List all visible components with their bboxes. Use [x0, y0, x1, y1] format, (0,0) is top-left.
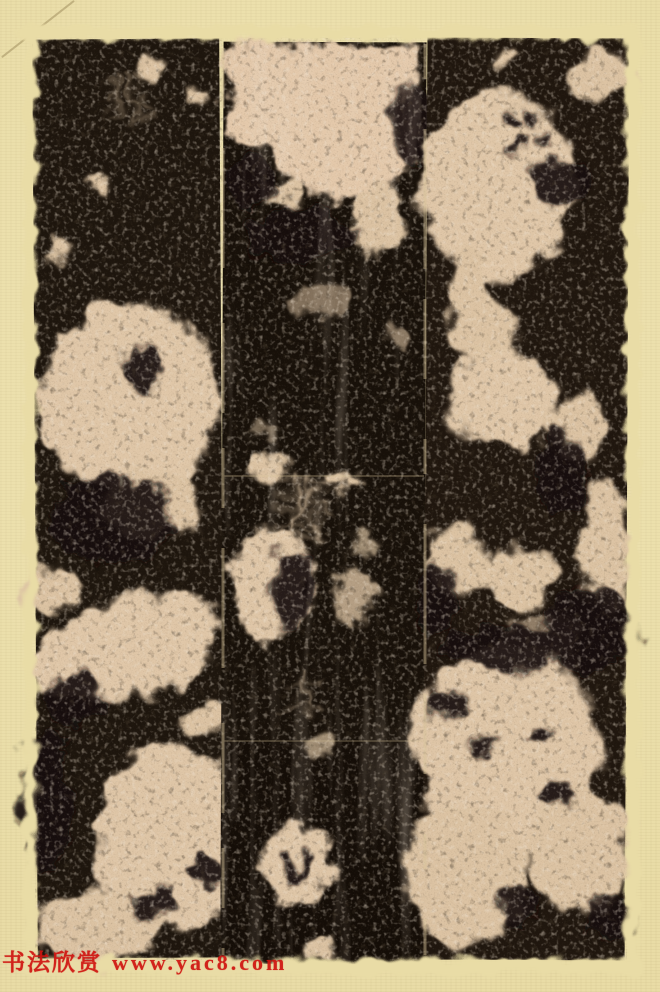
rubbing-artwork: 兆 [0, 0, 660, 992]
watermark: 书法欣赏www.yac8.com [2, 944, 287, 977]
watermark-site-name: 书法欣赏 [2, 950, 102, 975]
scanned-rubbing-page: 兆 [0, 0, 660, 992]
film-grain-texture [35, 38, 627, 960]
watermark-site-url: www.yac8.com [112, 950, 287, 975]
